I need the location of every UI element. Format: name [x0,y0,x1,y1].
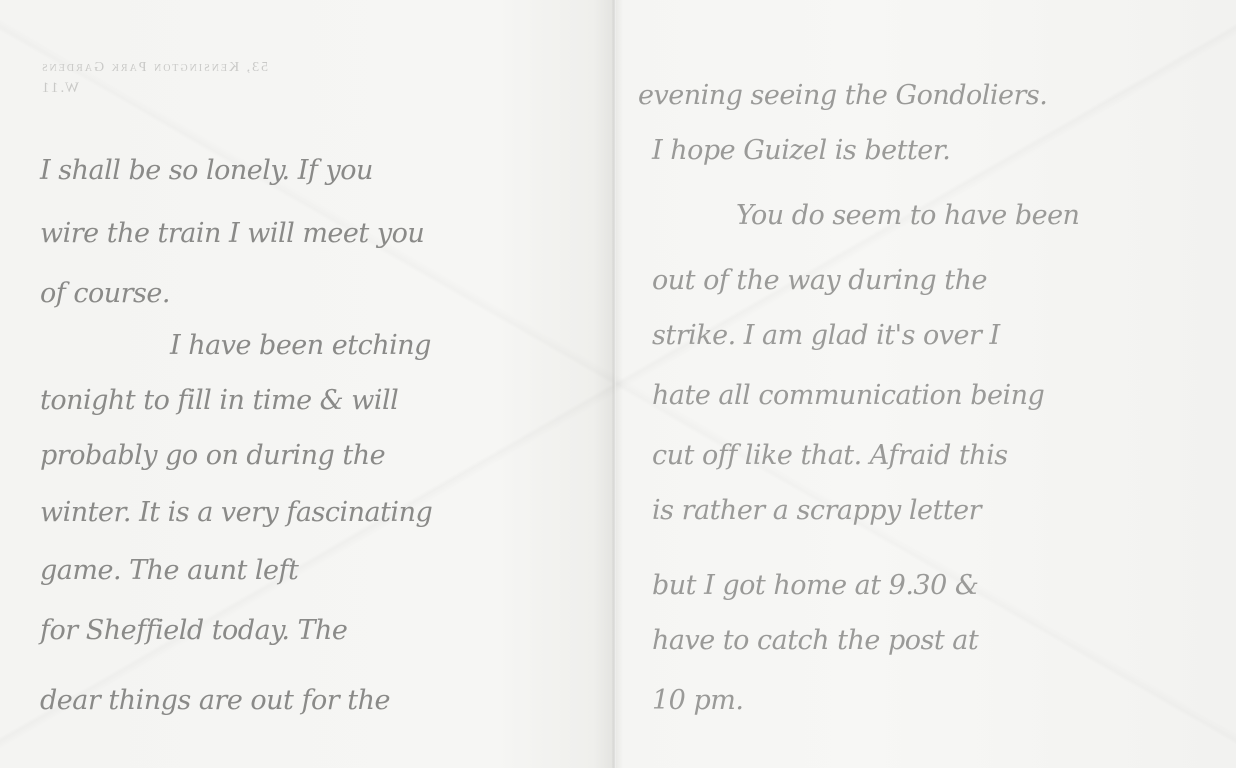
handwritten-line: cut off like that. Afraid this [652,440,1008,471]
handwritten-line: wire the train I will meet you [40,218,424,249]
handwritten-line: strike. I am glad it's over I [652,320,1000,351]
handwritten-line: tonight to fill in time & will [40,385,398,416]
handwritten-line: for Sheffield today. The [40,615,347,646]
handwritten-line: I have been etching [170,330,431,361]
handwritten-line: but I got home at 9.30 & [652,570,978,601]
handwritten-line: probably go on during the [40,440,385,471]
handwritten-line: game. The aunt left [40,555,298,586]
handwritten-line: I hope Guizel is better. [652,135,950,166]
letterhead-mirrored: 53, Kensington Park Gardens W.11 [40,60,580,97]
handwritten-line: dear things are out for the [40,685,390,716]
handwritten-line: 10 pm. [652,685,743,716]
letterhead-district: W.11 [40,80,580,97]
handwritten-line: hate all communication being [652,380,1044,411]
handwritten-line: out of the way during the [652,265,987,296]
left-page: 53, Kensington Park Gardens W.11 I shall… [0,0,612,768]
handwritten-line: winter. It is a very fascinating [40,497,432,528]
handwritten-line: You do seem to have been [736,200,1079,231]
handwritten-line: I shall be so lonely. If you [40,155,373,186]
handwritten-line: is rather a scrappy letter [652,495,981,526]
right-page: evening seeing the Gondoliers. I hope Gu… [616,0,1236,768]
letterhead-address: 53, Kensington Park Gardens [40,60,580,76]
letter-sheet: 53, Kensington Park Gardens W.11 I shall… [0,0,1236,768]
handwritten-line: of course. [40,278,170,309]
handwritten-line: evening seeing the Gondoliers. [638,80,1047,111]
handwritten-line: have to catch the post at [652,625,978,656]
